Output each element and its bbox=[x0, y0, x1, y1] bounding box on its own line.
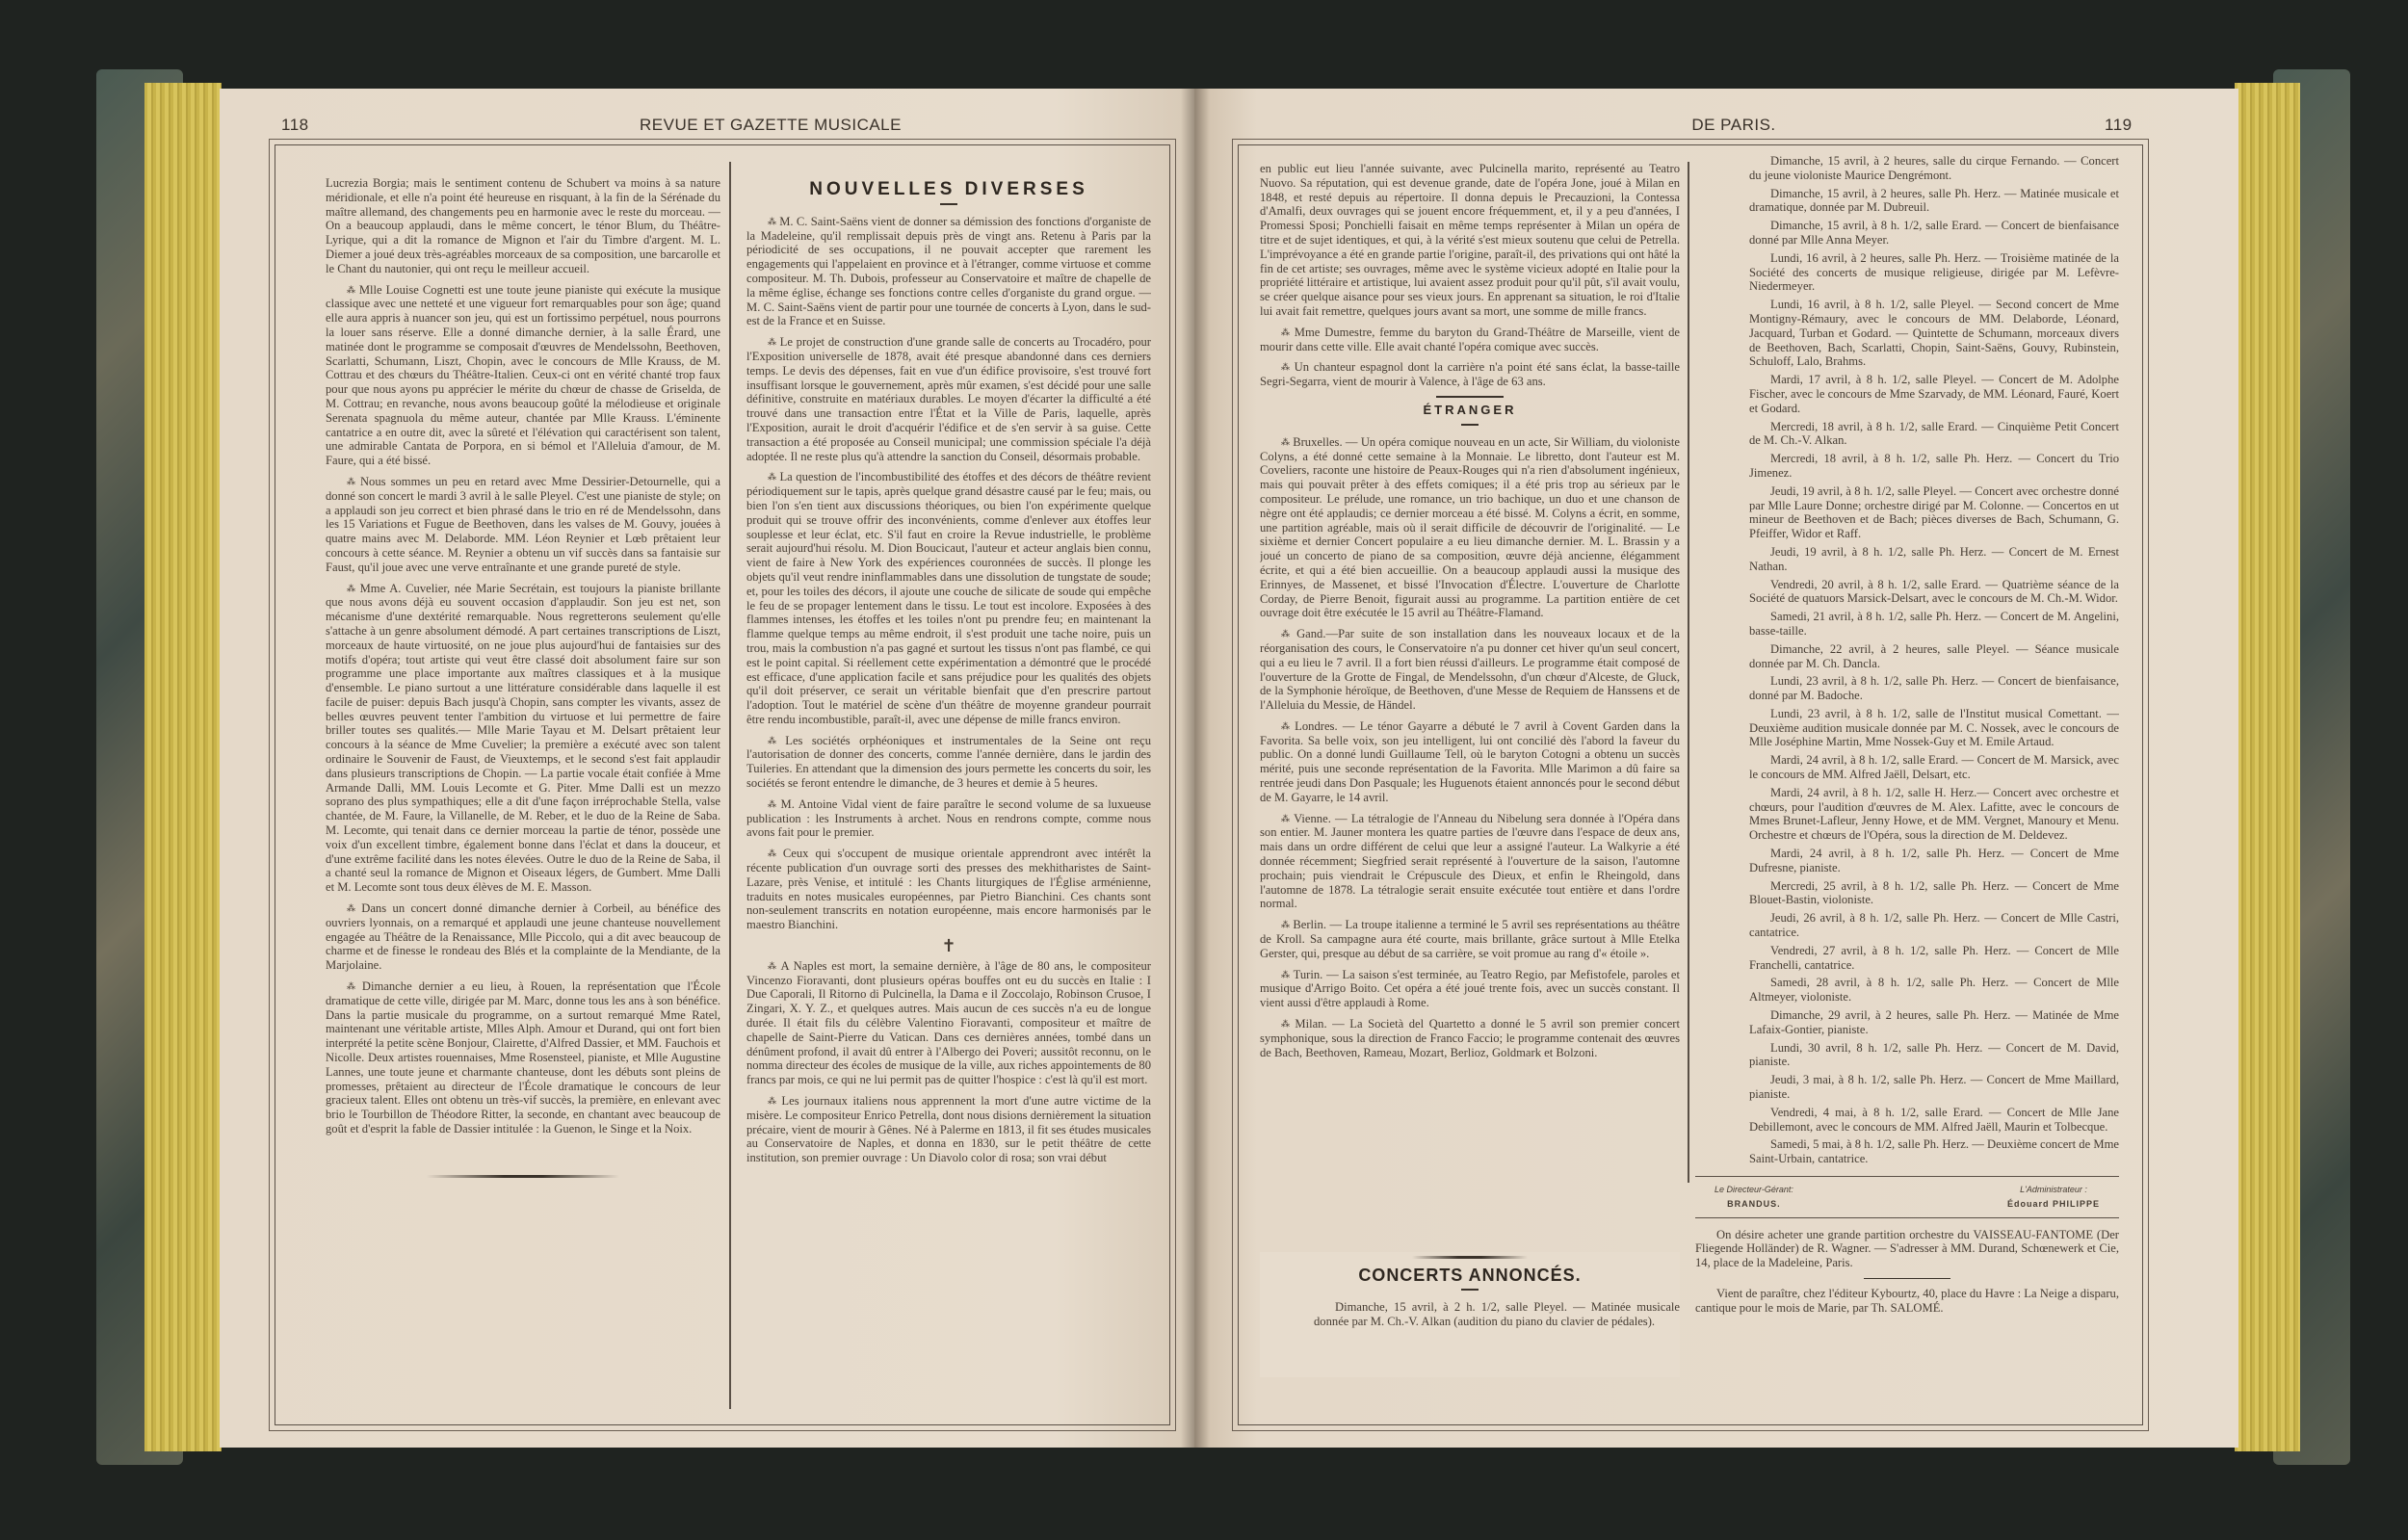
page-edges-left bbox=[144, 83, 222, 1451]
concert-listing: Vendredi, 27 avril, à 8 h. 1/2, salle Ph… bbox=[1695, 944, 2119, 973]
asterism-icon: ⁂ bbox=[768, 848, 779, 858]
asterism-icon: ⁂ bbox=[768, 217, 775, 226]
concert-listing: Mardi, 24 avril, à 8 h. 1/2, salle Ph. H… bbox=[1695, 847, 2119, 875]
concert-listing: Mardi, 24 avril, à 8 h. 1/2, salle Erard… bbox=[1695, 753, 2119, 782]
right-running-head: DE PARIS. bbox=[1637, 116, 1830, 135]
concert-listing: Dimanche, 15 avril, à 2 h. 1/2, salle Pl… bbox=[1260, 1300, 1680, 1329]
news-item: ⁂M. Antoine Vidal vient de faire paraîtr… bbox=[746, 797, 1151, 840]
right-column-2-concert-listings: Dimanche, 15 avril, à 2 heures, salle du… bbox=[1695, 154, 2119, 1377]
book-gutter bbox=[1181, 89, 1210, 1448]
asterism-icon: ⁂ bbox=[347, 584, 356, 593]
concert-listing: Samedi, 28 avril, à 8 h. 1/2, salle Ph. … bbox=[1695, 976, 2119, 1005]
asterism-icon: ⁂ bbox=[1281, 629, 1293, 639]
obituary-item: ⁂Les journaux italiens nous apprennent l… bbox=[746, 1094, 1151, 1165]
concert-listing: Lundi, 23 avril, à 8 h. 1/2, salle Ph. H… bbox=[1695, 674, 2119, 703]
news-item: ⁂Dans un concert donné dimanche dernier … bbox=[326, 901, 720, 973]
left-column-1: Lucrezia Borgia; mais le sentiment conte… bbox=[326, 176, 720, 1370]
section-heading-etranger: ÉTRANGER bbox=[1260, 404, 1680, 418]
asterism-icon: ⁂ bbox=[1281, 327, 1291, 337]
foreign-news-item: ⁂Vienne. — La tétralogie de l'Anneau du … bbox=[1260, 812, 1680, 912]
concert-listing: Jeudi, 19 avril, à 8 h. 1/2, salle Ph. H… bbox=[1695, 545, 2119, 574]
right-page-number: 119 bbox=[2105, 116, 2133, 135]
asterism-icon: ⁂ bbox=[768, 472, 775, 482]
asterism-icon: ⁂ bbox=[1281, 362, 1291, 372]
concert-listing: Jeudi, 19 avril, à 8 h. 1/2, salle Pleye… bbox=[1695, 484, 2119, 541]
concert-listing: Dimanche, 29 avril, à 2 heures, salle Ph… bbox=[1695, 1008, 2119, 1037]
foreign-news-item: ⁂Milan. — La Società del Quartetto a don… bbox=[1260, 1017, 1680, 1059]
foreign-news-item: ⁂Gand.—Par suite de son installation dan… bbox=[1260, 627, 1680, 713]
foreign-news-item: ⁂Berlin. — La troupe italienne a terminé… bbox=[1260, 918, 1680, 960]
concert-listing: Dimanche, 15 avril, à 2 heures, salle Ph… bbox=[1695, 187, 2119, 216]
asterism-icon: ⁂ bbox=[768, 799, 777, 809]
publisher-notice: Vient de paraître, chez l'éditeur Kybour… bbox=[1695, 1287, 2119, 1316]
concert-listing: Vendredi, 4 mai, à 8 h. 1/2, salle Erard… bbox=[1695, 1106, 2119, 1135]
concert-listing: Jeudi, 26 avril, à 8 h. 1/2, salle Ph. H… bbox=[1695, 911, 2119, 940]
concert-listing: Lundi, 16 avril, à 2 heures, salle Ph. H… bbox=[1695, 251, 2119, 294]
left-page-number: 118 bbox=[281, 116, 309, 135]
page-edges-right bbox=[2235, 83, 2300, 1451]
concert-listing: Samedi, 5 mai, à 8 h. 1/2, salle Ph. Her… bbox=[1695, 1137, 2119, 1166]
asterism-icon: ⁂ bbox=[1281, 920, 1289, 929]
concert-listing: Lundi, 16 avril, à 8 h. 1/2, salle Pleye… bbox=[1695, 298, 2119, 369]
news-item: ⁂Ceux qui s'occupent de musique oriental… bbox=[746, 847, 1151, 932]
obituary-item: ⁂A Naples est mort, la semaine dernière,… bbox=[746, 959, 1151, 1087]
section-heading-nouvelles-diverses: NOUVELLES DIVERSES bbox=[746, 183, 1151, 197]
left-column-divider bbox=[729, 162, 731, 1409]
concert-listing: Dimanche, 15 avril, à 2 heures, salle du… bbox=[1695, 154, 2119, 183]
ornamental-rule bbox=[1412, 1256, 1528, 1259]
foreign-news-item: ⁂Bruxelles. — Un opéra comique nouveau e… bbox=[1260, 435, 1680, 620]
foreign-news-item: ⁂Turin. — La saison s'est terminée, au T… bbox=[1260, 968, 1680, 1010]
concert-listing: Vendredi, 20 avril, à 8 h. 1/2, salle Er… bbox=[1695, 578, 2119, 607]
asterism-icon: ⁂ bbox=[768, 736, 781, 745]
concert-listing: Mardi, 24 avril, à 8 h. 1/2, salle H. He… bbox=[1695, 786, 2119, 843]
foreign-news-item: ⁂Londres. — Le ténor Gayarre a débuté le… bbox=[1260, 719, 1680, 805]
left-running-head: REVUE ET GAZETTE MUSICALE bbox=[616, 116, 925, 135]
asterism-icon: ⁂ bbox=[768, 1096, 777, 1106]
concert-listing: Mercredi, 18 avril, à 8 h. 1/2, salle Er… bbox=[1695, 420, 2119, 449]
news-item: ⁂Mme Dumestre, femme du baryton du Grand… bbox=[1260, 326, 1680, 354]
news-item: ⁂Nous sommes un peu en retard avec Mme D… bbox=[326, 475, 720, 575]
heading-dash bbox=[1461, 1289, 1479, 1291]
section-rule bbox=[1436, 396, 1504, 398]
news-item: ⁂Les sociétés orphéoniques et instrument… bbox=[746, 734, 1151, 791]
asterism-icon: ⁂ bbox=[347, 477, 356, 486]
heading-dash bbox=[1461, 424, 1479, 426]
asterism-icon: ⁂ bbox=[347, 903, 357, 913]
asterism-icon: ⁂ bbox=[347, 981, 358, 991]
asterism-icon: ⁂ bbox=[768, 337, 776, 347]
concert-listing: Dimanche, 22 avril, à 2 heures, salle Pl… bbox=[1695, 642, 2119, 671]
ad-separator bbox=[1864, 1278, 1950, 1280]
concert-listing: Mercredi, 18 avril, à 8 h. 1/2, salle Ph… bbox=[1695, 452, 2119, 481]
director-signature: Le Directeur-Gérant: BRANDUS. bbox=[1714, 1183, 1793, 1212]
heading-dash bbox=[940, 203, 957, 205]
asterism-icon: ⁂ bbox=[1281, 721, 1291, 731]
section-heading-concerts-annonces: CONCERTS ANNONCÉS. bbox=[1260, 1268, 1680, 1283]
obituary-cross-icon: ✝ bbox=[746, 939, 1151, 953]
article-paragraph: Lucrezia Borgia; mais le sentiment conte… bbox=[326, 176, 720, 276]
asterism-icon: ⁂ bbox=[1281, 814, 1290, 823]
news-item: ⁂Mlle Louise Cognetti est une toute jeun… bbox=[326, 283, 720, 468]
concert-listing: Dimanche, 15 avril, à 8 h. 1/2, salle Er… bbox=[1695, 219, 2119, 248]
concert-listing: Mardi, 17 avril, à 8 h. 1/2, salle Pleye… bbox=[1695, 373, 2119, 415]
asterism-icon: ⁂ bbox=[768, 961, 777, 971]
asterism-icon: ⁂ bbox=[1281, 437, 1289, 447]
concert-listing: Samedi, 21 avril, à 8 h. 1/2, salle Ph. … bbox=[1695, 610, 2119, 639]
signature-block: Le Directeur-Gérant: BRANDUS. L'Administ… bbox=[1695, 1176, 2119, 1218]
asterism-icon: ⁂ bbox=[347, 285, 355, 295]
classified-ad: On désire acheter une grande partition o… bbox=[1695, 1228, 2119, 1270]
ornamental-rule bbox=[427, 1175, 619, 1178]
right-column-divider bbox=[1688, 162, 1689, 1183]
news-item: ⁂La question de l'incombustibilité des é… bbox=[746, 470, 1151, 726]
news-item: ⁂Un chanteur espagnol dont la carrière n… bbox=[1260, 360, 1680, 389]
left-column-2: NOUVELLES DIVERSES ⁂M. C. Saint-Saëns vi… bbox=[746, 173, 1151, 1377]
concerts-announced-section: CONCERTS ANNONCÉS. Dimanche, 15 avril, à… bbox=[1260, 1252, 1680, 1377]
concert-listing: Lundi, 23 avril, à 8 h. 1/2, salle de l'… bbox=[1695, 707, 2119, 749]
asterism-icon: ⁂ bbox=[1281, 1019, 1291, 1029]
article-continuation: en public eut lieu l'année suivante, ave… bbox=[1260, 162, 1680, 319]
news-item: ⁂Mme A. Cuvelier, née Marie Secrétain, e… bbox=[326, 582, 720, 896]
news-item: ⁂Le projet de construction d'une grande … bbox=[746, 335, 1151, 463]
concert-listing: Mercredi, 25 avril, à 8 h. 1/2, salle Ph… bbox=[1695, 879, 2119, 908]
news-item: ⁂M. C. Saint-Saëns vient de donner sa dé… bbox=[746, 215, 1151, 328]
concert-listing: Lundi, 30 avril, 8 h. 1/2, salle Ph. Her… bbox=[1695, 1041, 2119, 1070]
administrator-signature: L'Administrateur : Édouard PHILIPPE bbox=[2007, 1183, 2100, 1212]
concert-listing: Jeudi, 3 mai, à 8 h. 1/2, salle Ph. Herz… bbox=[1695, 1073, 2119, 1102]
asterism-icon: ⁂ bbox=[1281, 970, 1290, 979]
news-item: ⁂Dimanche dernier a eu lieu, à Rouen, la… bbox=[326, 979, 720, 1136]
right-column-1: en public eut lieu l'année suivante, ave… bbox=[1260, 162, 1680, 1375]
